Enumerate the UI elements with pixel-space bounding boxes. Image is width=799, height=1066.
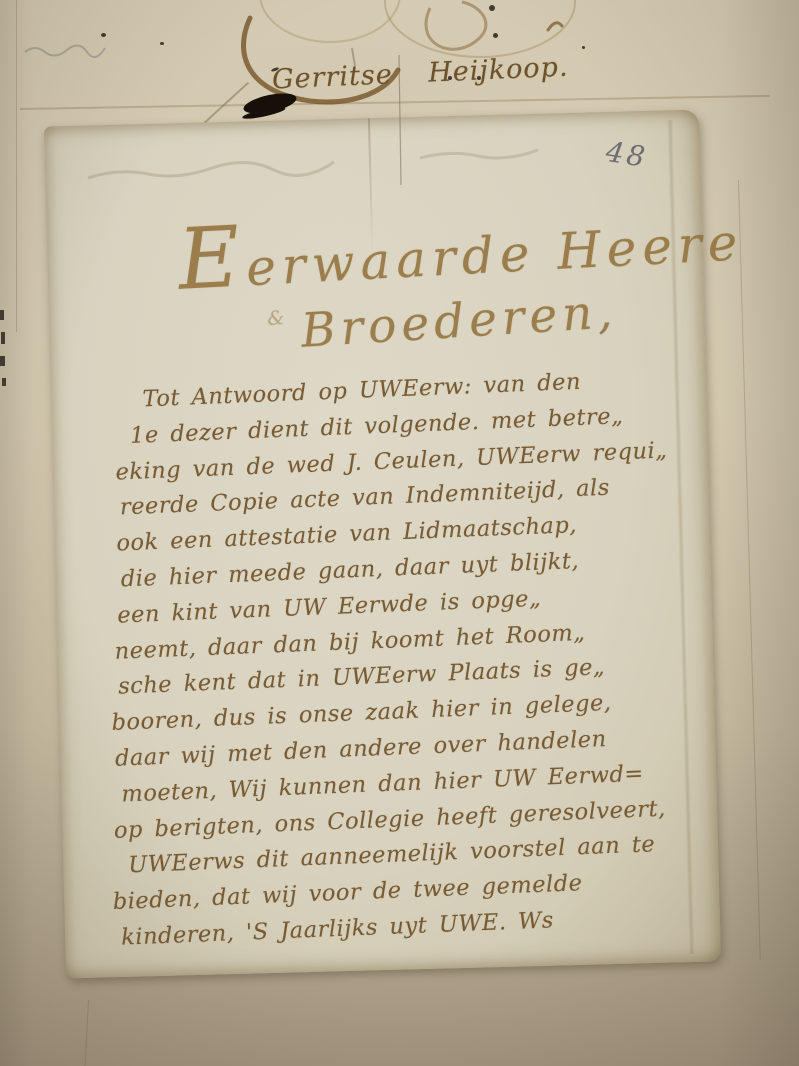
ink-speck: [582, 46, 585, 49]
left-edge-mark: [0, 310, 4, 320]
wrapper-crease: [20, 95, 770, 110]
ink-speck: [160, 42, 164, 45]
ink-speck: [493, 33, 498, 38]
pencil-page-number: 48: [604, 135, 650, 174]
heading-ampersand: &: [267, 307, 285, 330]
left-edge-mark: [1, 332, 5, 344]
left-edge-mark: [2, 378, 6, 386]
letter-body: Tot Antwoord op UWEerw: van den1e dezer …: [102, 358, 764, 956]
bottom-left-sheet-edge: [85, 1000, 89, 1066]
ink-speck: [489, 5, 495, 11]
photo-of-letter: Gerritse Heijkoop. 48 Eerwaarde Heere &B…: [0, 0, 799, 1066]
cover-inscription: Gerritse Heijkoop.: [271, 52, 569, 96]
ink-speck: [101, 33, 106, 37]
left-edge-mark: [0, 356, 5, 366]
left-sheet-edge: [16, 0, 17, 332]
